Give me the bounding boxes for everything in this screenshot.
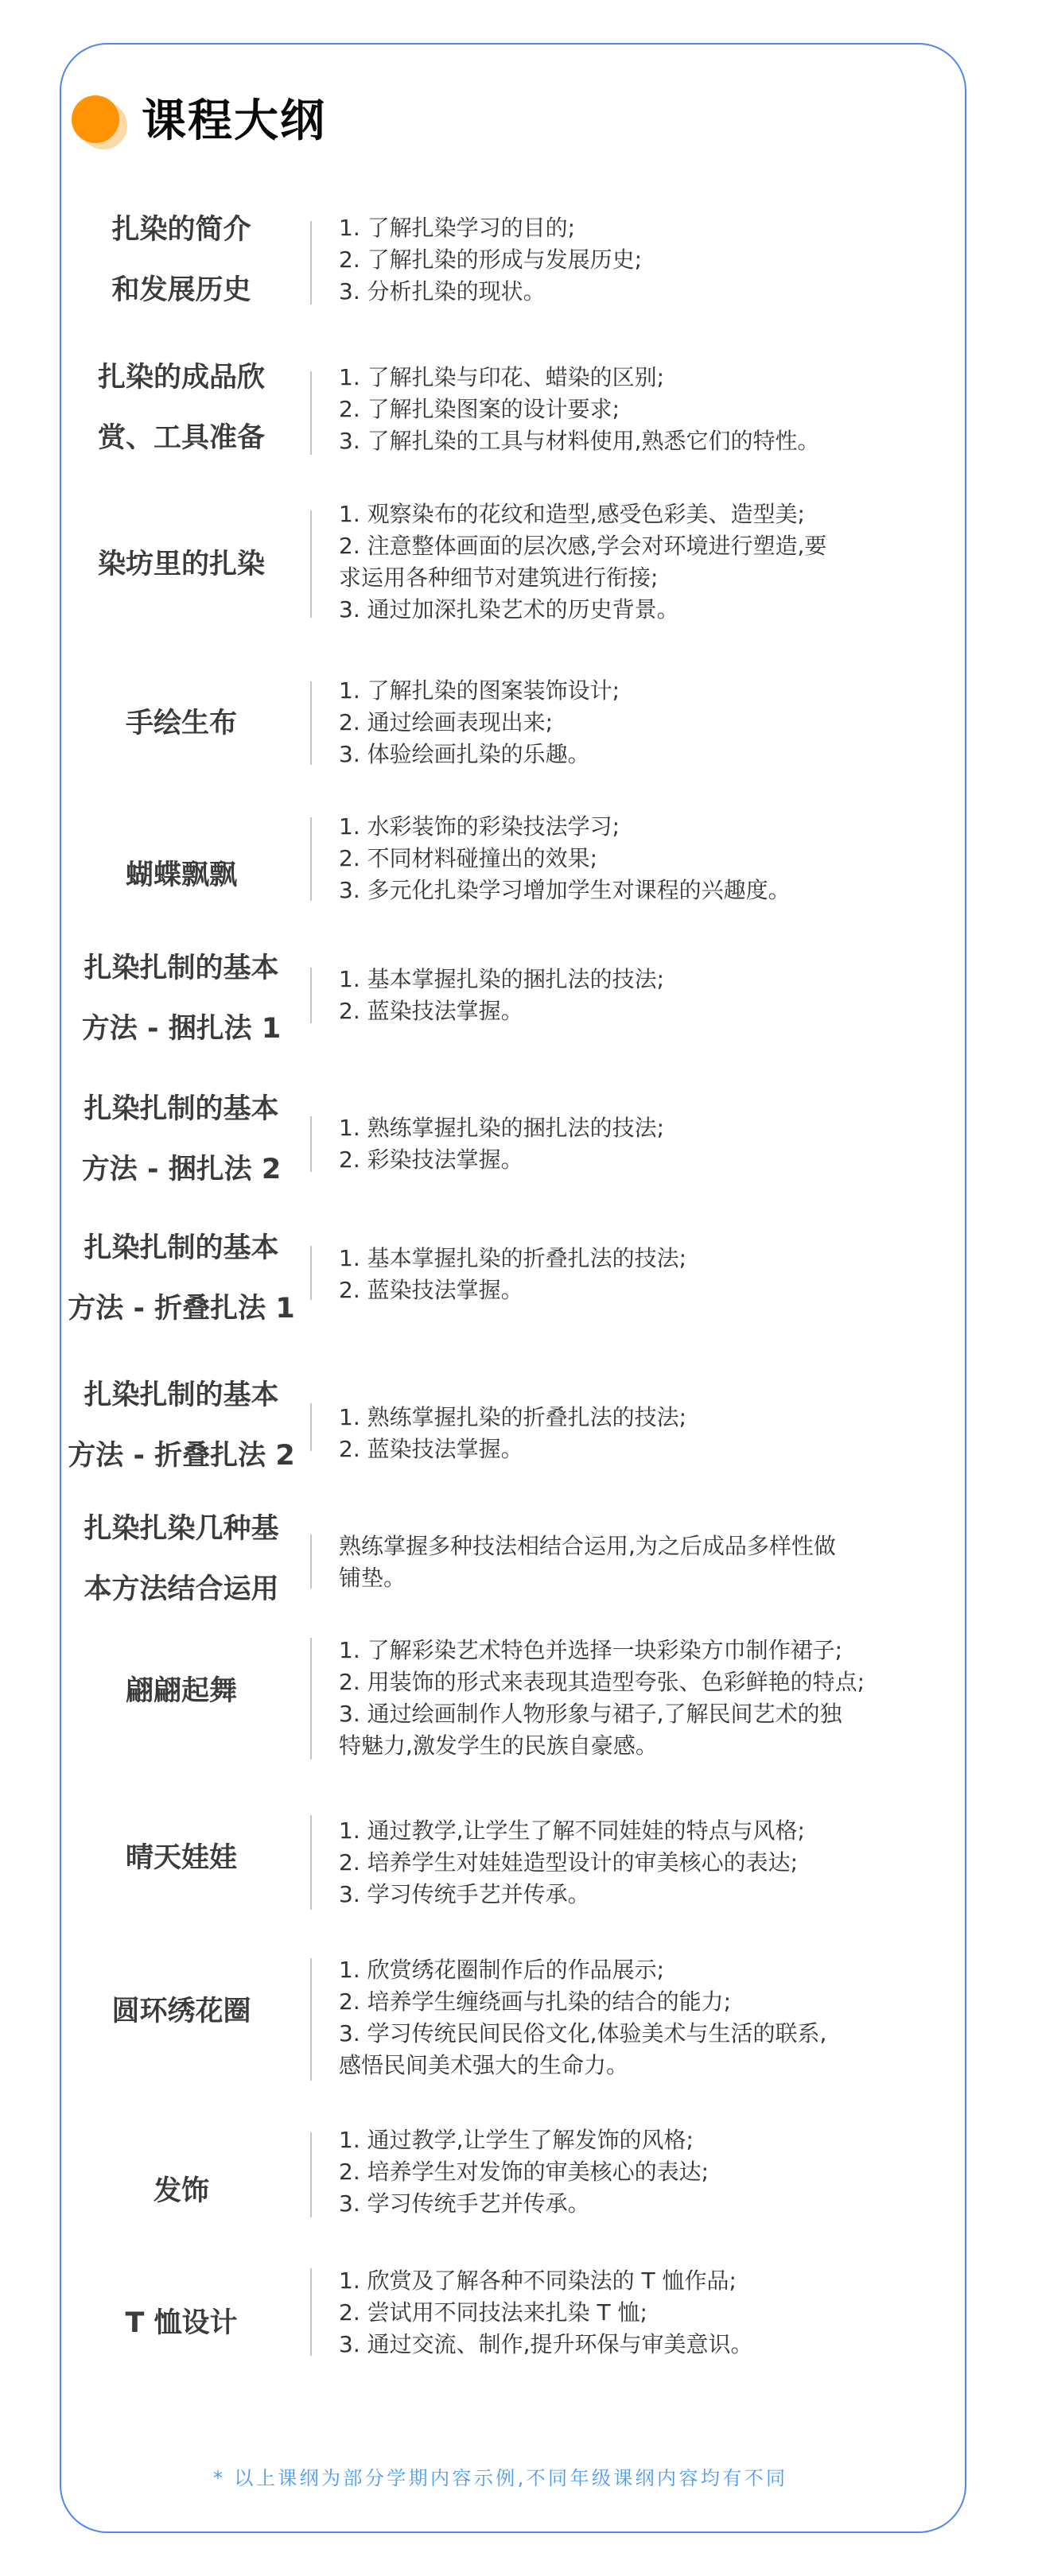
description-line: 3. 学习传统手艺并传承。 [339,2188,975,2220]
title-dot-icon [72,95,119,143]
lesson-description: 1. 了解扎染的图案装饰设计; 2. 通过绘画表现出来; 3. 体验绘画扎染的乐… [339,675,975,770]
description-line: 2. 通过绘画表现出来; [339,707,975,739]
lesson-description: 熟练掌握多种技法相结合运用,为之后成品多样性做 铺垫。 [339,1530,975,1594]
lesson-title: 圆环绣花圈 [72,1981,291,2042]
description-line: 3. 了解扎染的工具与材料使用,熟悉它们的特性。 [339,425,975,457]
divider [310,221,312,305]
lesson-description: 1. 熟练掌握扎染的捆扎法的技法; 2. 彩染技法掌握。 [339,1112,975,1176]
footnote: * 以上课纲为部分学期内容示例,不同年级课纲内容均有不同 [213,2463,787,2493]
divider [310,1116,312,1172]
lesson-title-line: 扎染扎染几种基 [84,1499,278,1559]
description-line: 感悟民间美术强大的生命力。 [339,2050,975,2081]
lesson-title: 扎染扎制的基本 方法 - 捆扎法 1 [72,938,291,1059]
description-line: 2. 培养学生对发饰的审美核心的表达; [339,2156,975,2188]
lesson-title-line: 翩翩起舞 [126,1661,237,1721]
description-line: 铺垫。 [339,1562,975,1594]
description-line: 2. 蓝染技法掌握。 [339,995,975,1027]
description-line: 3. 多元化扎染学习增加学生对课程的兴趣度。 [339,875,975,906]
divider [310,968,312,1023]
divider [310,1246,312,1300]
lesson-title-line: 扎染扎制的基本 [84,1365,278,1426]
description-line: 1. 欣赏及了解各种不同染法的 T 恤作品; [339,2265,975,2297]
divider [310,1403,312,1451]
lesson-description: 1. 欣赏绣花圈制作后的作品展示; 2. 培养学生缠绕画与扎染的结合的能力; 3… [339,1954,975,2081]
lesson-title: 手绘生布 [72,693,291,754]
lesson-title-line: 扎染的成品欣 [98,347,265,408]
divider [310,2132,312,2217]
description-line: 3. 通过绘画制作人物形象与裙子,了解民间艺术的独 [339,1698,975,1730]
description-line: 3. 分析扎染的现状。 [339,276,975,308]
description-line: 3. 学习传统民间民俗文化,体验美术与生活的联系, [339,2018,975,2050]
lesson-title-line: 方法 - 捆扎法 1 [82,999,281,1059]
lesson-title-line: 蝴蝶飘飘 [126,845,237,906]
description-line: 3. 通过交流、制作,提升环保与审美意识。 [339,2329,975,2361]
description-line: 2. 培养学生缠绕画与扎染的结合的能力; [339,1986,975,2018]
lesson-title-line: 扎染扎制的基本 [84,938,278,999]
description-line: 2. 不同材料碰撞出的效果; [339,843,975,875]
lesson-title-line: 圆环绣花圈 [111,1981,251,2042]
lesson-title: 染坊里的扎染 [72,534,291,595]
description-line: 3. 学习传统手艺并传承。 [339,1879,975,1911]
description-line: 1. 欣赏绣花圈制作后的作品展示; [339,1954,975,1986]
lesson-title-line: 方法 - 折叠扎法 1 [68,1278,294,1339]
description-line: 1. 观察染布的花纹和造型,感受色彩美、造型美; [339,499,975,530]
lesson-title-line: 本方法结合运用 [84,1559,278,1620]
divider [310,1534,312,1589]
lesson-title: 晴天娃娃 [72,1828,291,1888]
lesson-description: 1. 通过教学,让学生了解发饰的风格; 2. 培养学生对发饰的审美核心的表达; … [339,2124,975,2220]
description-line: 2. 彩染技法掌握。 [339,1144,975,1176]
lesson-description: 1. 了解彩染艺术特色并选择一块彩染方巾制作裙子; 2. 用装饰的形式来表现其造… [339,1635,975,1762]
lesson-title-line: 发饰 [154,2161,209,2221]
description-line: 1. 了解扎染学习的目的; [339,212,975,244]
description-line: 3. 通过加深扎染艺术的历史背景。 [339,594,975,626]
lesson-title-line: 染坊里的扎染 [98,534,265,595]
lesson-title: 翩翩起舞 [72,1661,291,1721]
lesson-title-line: 扎染的简介 [111,200,251,260]
lesson-title: 扎染扎制的基本 方法 - 捆扎法 2 [72,1079,291,1200]
divider [310,681,312,765]
divider [310,1815,312,1910]
description-line: 2. 注意整体画面的层次感,学会对环境进行塑造,要 [339,530,975,562]
description-line: 2. 了解扎染的形成与发展历史; [339,244,975,276]
description-line: 2. 用装饰的形式来表现其造型夸张、色彩鲜艳的特点; [339,1666,975,1698]
description-line: 熟练掌握多种技法相结合运用,为之后成品多样性做 [339,1530,975,1562]
lesson-title: 扎染扎制的基本 方法 - 折叠扎法 1 [72,1218,291,1339]
description-line: 2. 尝试用不同技法来扎染 T 恤; [339,2297,975,2329]
page-title: 课程大纲 [142,94,326,149]
lesson-description: 1. 基本掌握扎染的折叠扎法的技法; 2. 蓝染技法掌握。 [339,1243,975,1306]
lesson-title-line: 和发展历史 [111,260,251,320]
lesson-title-line: 手绘生布 [126,693,237,754]
description-line: 1. 熟练掌握扎染的折叠扎法的技法; [339,1402,975,1433]
lesson-title: T 恤设计 [72,2293,291,2353]
lesson-description: 1. 欣赏及了解各种不同染法的 T 恤作品; 2. 尝试用不同技法来扎染 T 恤… [339,2265,975,2361]
description-line: 1. 熟练掌握扎染的捆扎法的技法; [339,1112,975,1144]
lesson-title: 扎染的成品欣 赏、工具准备 [72,347,291,468]
lesson-title-line: 扎染扎制的基本 [84,1079,278,1139]
description-line: 求运用各种细节对建筑进行衔接; [339,562,975,594]
divider [310,371,312,455]
divider [310,510,312,618]
description-line: 1. 通过教学,让学生了解不同娃娃的特点与风格; [339,1815,975,1847]
lesson-title-line: 方法 - 捆扎法 2 [82,1139,281,1200]
description-line: 1. 基本掌握扎染的捆扎法的技法; [339,964,975,995]
lesson-title: 蝴蝶飘飘 [72,845,291,906]
description-line: 3. 体验绘画扎染的乐趣。 [339,739,975,770]
lesson-title-line: 方法 - 折叠扎法 2 [68,1426,294,1486]
description-line: 2. 蓝染技法掌握。 [339,1274,975,1306]
lesson-description: 1. 熟练掌握扎染的折叠扎法的技法; 2. 蓝染技法掌握。 [339,1402,975,1465]
description-line: 2. 蓝染技法掌握。 [339,1433,975,1465]
description-line: 1. 了解彩染艺术特色并选择一块彩染方巾制作裙子; [339,1635,975,1666]
lesson-description: 1. 水彩装饰的彩染技法学习; 2. 不同材料碰撞出的效果; 3. 多元化扎染学… [339,811,975,906]
lesson-title-line: 晴天娃娃 [126,1828,237,1888]
lesson-description: 1. 基本掌握扎染的捆扎法的技法; 2. 蓝染技法掌握。 [339,964,975,1027]
lesson-title-line: T 恤设计 [125,2293,237,2353]
description-line: 1. 了解扎染与印花、蜡染的区别; [339,362,975,394]
divider [310,1638,312,1759]
lesson-title-line: 扎染扎制的基本 [84,1218,278,1278]
description-line: 1. 水彩装饰的彩染技法学习; [339,811,975,843]
lesson-title-line: 赏、工具准备 [98,408,265,468]
description-line: 2. 了解扎染图案的设计要求; [339,394,975,425]
lesson-title: 扎染扎制的基本 方法 - 折叠扎法 2 [72,1365,291,1486]
description-line: 2. 培养学生对娃娃造型设计的审美核心的表达; [339,1847,975,1879]
divider [310,817,312,901]
description-line: 特魅力,激发学生的民族自豪感。 [339,1730,975,1762]
lesson-description: 1. 了解扎染与印花、蜡染的区别; 2. 了解扎染图案的设计要求; 3. 了解扎… [339,362,975,457]
description-line: 1. 基本掌握扎染的折叠扎法的技法; [339,1243,975,1274]
description-line: 1. 通过教学,让学生了解发饰的风格; [339,2124,975,2156]
lesson-description: 1. 观察染布的花纹和造型,感受色彩美、造型美; 2. 注意整体画面的层次感,学… [339,499,975,626]
description-line: 1. 了解扎染的图案装饰设计; [339,675,975,707]
lesson-title: 发饰 [72,2161,291,2221]
lesson-description: 1. 通过教学,让学生了解不同娃娃的特点与风格; 2. 培养学生对娃娃造型设计的… [339,1815,975,1911]
divider [310,1958,312,2081]
lesson-title: 扎染的简介 和发展历史 [72,200,291,320]
lesson-title: 扎染扎染几种基 本方法结合运用 [72,1499,291,1620]
lesson-description: 1. 了解扎染学习的目的; 2. 了解扎染的形成与发展历史; 3. 分析扎染的现… [339,212,975,308]
divider [310,2268,312,2356]
